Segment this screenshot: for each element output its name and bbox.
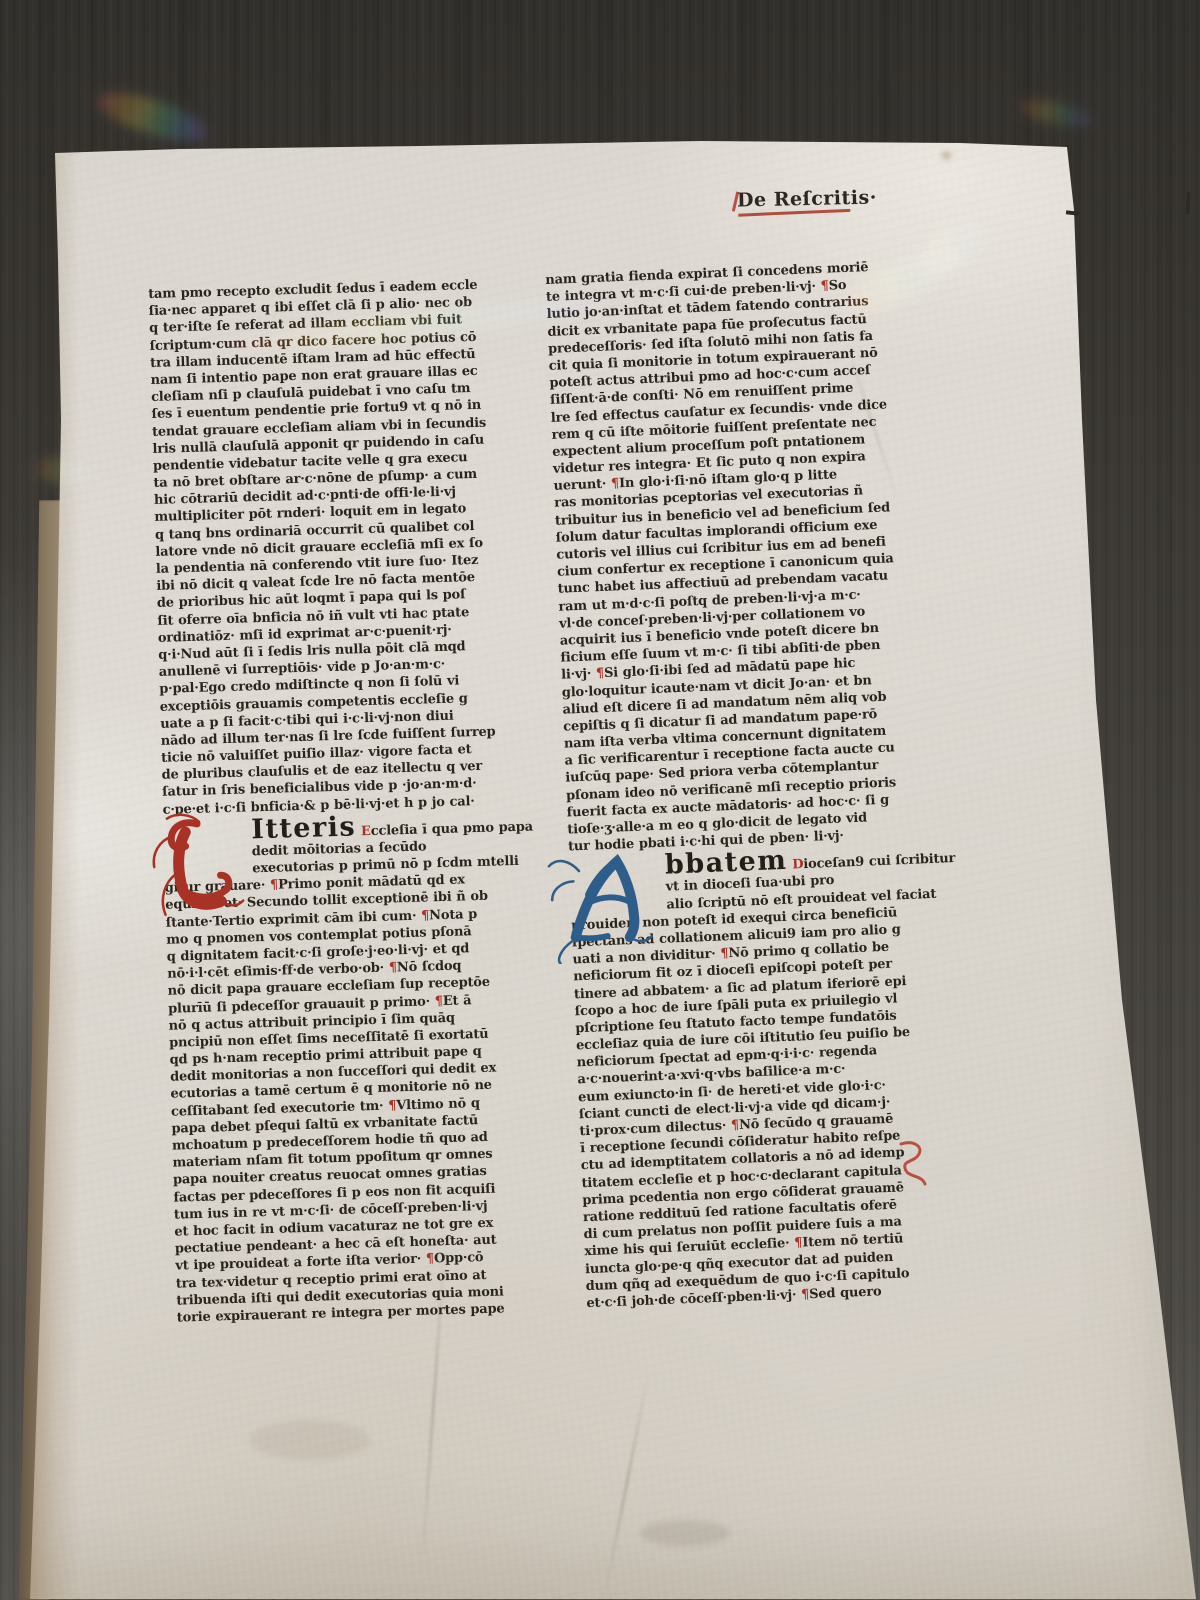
decorated-initial-L: [143, 808, 250, 927]
rubric-pilcrow: ¶: [421, 908, 429, 923]
text-column-left: tam pmo recepto excludit ſedus ī eadem e…: [148, 276, 549, 1327]
rubric-pilcrow: ¶: [731, 1118, 740, 1133]
rubric-pilcrow: ¶: [801, 1287, 810, 1302]
paper-stain: [942, 152, 951, 159]
lombard-A-icon: [542, 842, 659, 964]
rubric-pilcrow: ¶: [435, 994, 443, 1009]
rubric-pilcrow: ¶: [794, 1236, 803, 1251]
photo-canvas: De Reſcritis· tam pmo recepto excludit ſ…: [0, 0, 1200, 1600]
paper-stain: [250, 1420, 370, 1460]
litteris-first-line: ccleſia ī qua pmo papa: [371, 819, 534, 839]
running-header: De Reſcritis·: [737, 187, 877, 212]
rubric-pilcrow: ¶: [270, 878, 278, 893]
paper-stain: [640, 1520, 730, 1546]
rubric-pilcrow: ¶: [388, 1098, 396, 1113]
decorated-initial-A: [542, 842, 659, 968]
left-column-upper-text: tam pmo recepto excludit ſedus ī eadem e…: [148, 276, 535, 819]
rubric-pilcrow: ¶: [596, 666, 605, 681]
red-marginal-flourish-icon: [893, 1138, 933, 1194]
rubric-pilcrow: ¶: [820, 279, 829, 294]
left-column-lower-text: gitur grauare· ¶Primo ponit mādatū qd ex…: [165, 870, 549, 1327]
rubric-pilcrow: ¶: [611, 476, 620, 491]
running-header-text: De Reſcritis·: [737, 187, 877, 212]
right-column-upper-text: nam gratia fienda expirat ſi concedens m…: [545, 256, 966, 856]
abbatem-wrapped-text: bbatem Dioceſan9 cui ſcribitur vt in dio…: [664, 840, 968, 913]
lombard-L-icon: [143, 808, 250, 923]
rubric-pilcrow: ¶: [426, 1252, 434, 1267]
litteris-wrapped-text: Itteris Eccleſia ī qua pmo papa dedit mō…: [251, 808, 537, 877]
rubric-pilcrow: ¶: [389, 960, 397, 975]
rubric-pilcrow: ¶: [720, 946, 729, 961]
litteris-section: Itteris Eccleſia ī qua pmo papa dedit mō…: [163, 808, 537, 880]
